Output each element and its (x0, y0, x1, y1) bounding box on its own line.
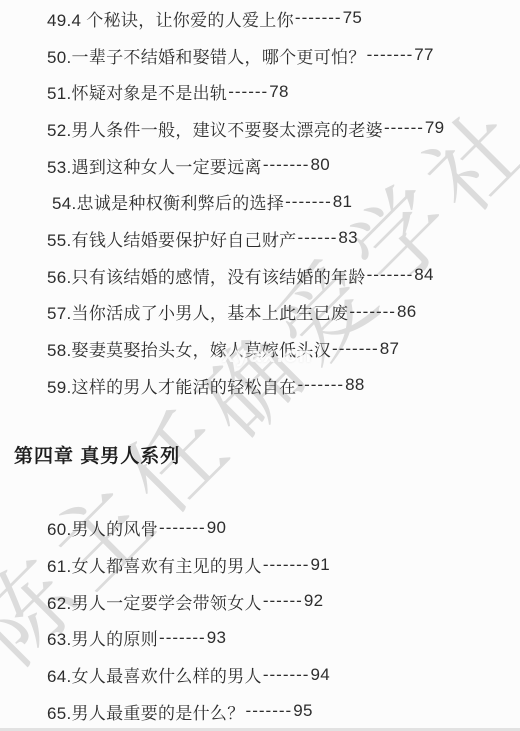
toc-item-56: 56.只有该结婚的感情，没有该结婚的年龄-------84 (0, 257, 520, 294)
toc-item-61: 61.女人都喜欢有主见的男人-------91 (0, 546, 520, 583)
toc-leader-dashes: ------- (246, 701, 293, 721)
toc-page-number: 84 (414, 265, 434, 285)
toc-leader-dashes: ------- (159, 628, 206, 648)
toc-leader-dashes: ------- (295, 8, 342, 28)
toc-section-4: 60.男人的风骨-------90 61.女人都喜欢有主见的男人-------9… (0, 510, 520, 730)
toc-page-number: 83 (338, 228, 358, 248)
toc-leader-dashes: ------- (263, 665, 310, 685)
toc-item-59: 59.这样的男人才能活的轻松自在-------88 (0, 367, 520, 404)
toc-page-number: 91 (310, 555, 330, 575)
toc-page-number: 95 (293, 701, 313, 721)
toc-item-label: 49.4 个秘诀，让你爱的人爱上你 (47, 6, 294, 31)
toc-item-62: 62.男人一定要学会带领女人------92 (0, 583, 520, 620)
toc-item-65: 65.男人最重要的是什么？ -------95 (0, 693, 520, 730)
toc-page-number: 86 (397, 302, 417, 322)
toc-item-63: 63.男人的原则-------93 (0, 620, 520, 657)
toc-leader-dashes: ------ (263, 591, 303, 611)
toc-item-label: 55.有钱人结婚要保护好自己财产 (47, 226, 296, 251)
toc-item-60: 60.男人的风骨-------90 (0, 510, 520, 547)
toc-item-label: 57.当你活成了小男人，基本上此生已废 (47, 299, 348, 324)
toc-item-label: 50.一辈子不结婚和娶错人，哪个更可怕？ (47, 43, 366, 68)
toc-page-number: 79 (425, 118, 445, 138)
toc-page-number: 88 (345, 375, 365, 395)
toc-item-label: 52.男人条件一般，建议不要娶太漂亮的老婆 (47, 116, 383, 141)
toc-leader-dashes: ------- (297, 375, 344, 395)
toc-item-55: 55.有钱人结婚要保护好自己财产------83 (0, 220, 520, 257)
toc-item-49: 49.4 个秘诀，让你爱的人爱上你-------75 (0, 0, 520, 37)
toc-item-label: 59.这样的男人才能活的轻松自在 (47, 373, 296, 398)
toc-leader-dashes: ------- (285, 192, 332, 212)
toc-page-number: 92 (304, 591, 324, 611)
toc-item-label: 63.男人的原则 (47, 625, 158, 650)
toc-item-50: 50.一辈子不结婚和娶错人，哪个更可怕？ -------77 (0, 37, 520, 74)
toc-leader-dashes: ------ (228, 82, 268, 102)
url-watermark: xyax.cn (222, 344, 313, 368)
toc-leader-dashes: ------- (367, 45, 414, 65)
toc-leader-dashes: ------- (159, 518, 206, 538)
toc-item-label: 62.男人一定要学会带领女人 (47, 589, 262, 614)
toc-item-64: 64.女人最喜欢什么样的男人-------94 (0, 656, 520, 693)
toc-leader-dashes: ------- (367, 265, 414, 285)
toc-item-57: 57.当你活成了小男人，基本上此生已废-------86 (0, 294, 520, 331)
toc-leader-dashes: ------- (263, 155, 310, 175)
toc-item-label: 56.只有该结婚的感情，没有该结婚的年龄 (47, 263, 366, 288)
toc-page-number: 87 (380, 339, 400, 359)
toc-item-label: 54.忠诚是种权衡利弊后的选择 (52, 189, 284, 214)
toc-leader-dashes: ------- (263, 555, 310, 575)
toc-item-label: 64.女人最喜欢什么样的男人 (47, 662, 262, 687)
toc-item-54: 54.忠诚是种权衡利弊后的选择-------81 (0, 183, 520, 220)
toc-item-51: 51.怀疑对象是不是出轨------78 (0, 73, 520, 110)
toc-page-number: 93 (207, 628, 227, 648)
toc-item-label: 60.男人的风骨 (47, 515, 158, 540)
document-page: 陈主任确爱学社 xyax.cn 49.4 个秘诀，让你爱的人爱上你-------… (0, 0, 520, 731)
toc-page-number: 80 (310, 155, 330, 175)
chapter-heading: 第四章 真男人系列 (0, 442, 520, 468)
toc-page-number: 75 (343, 8, 363, 28)
toc-leader-dashes: ------ (297, 228, 337, 248)
toc-leader-dashes: ------- (349, 302, 396, 322)
toc-leader-dashes: ------ (384, 118, 424, 138)
toc-item-label: 51.怀疑对象是不是出轨 (47, 79, 227, 104)
toc-page-number: 81 (333, 192, 353, 212)
toc-item-label: 65.男人最重要的是什么？ (47, 699, 245, 724)
toc-page-number: 77 (414, 45, 434, 65)
toc-page-number: 90 (207, 518, 227, 538)
toc-leader-dashes: ------- (332, 339, 379, 359)
toc-page-number: 94 (310, 665, 330, 685)
toc-item-label: 61.女人都喜欢有主见的男人 (47, 552, 262, 577)
toc-item-52: 52.男人条件一般，建议不要娶太漂亮的老婆------79 (0, 110, 520, 147)
toc-item-53: 53.遇到这种女人一定要远离-------80 (0, 147, 520, 184)
toc-page-number: 78 (269, 82, 289, 102)
toc-item-label: 53.遇到这种女人一定要远离 (47, 153, 262, 178)
